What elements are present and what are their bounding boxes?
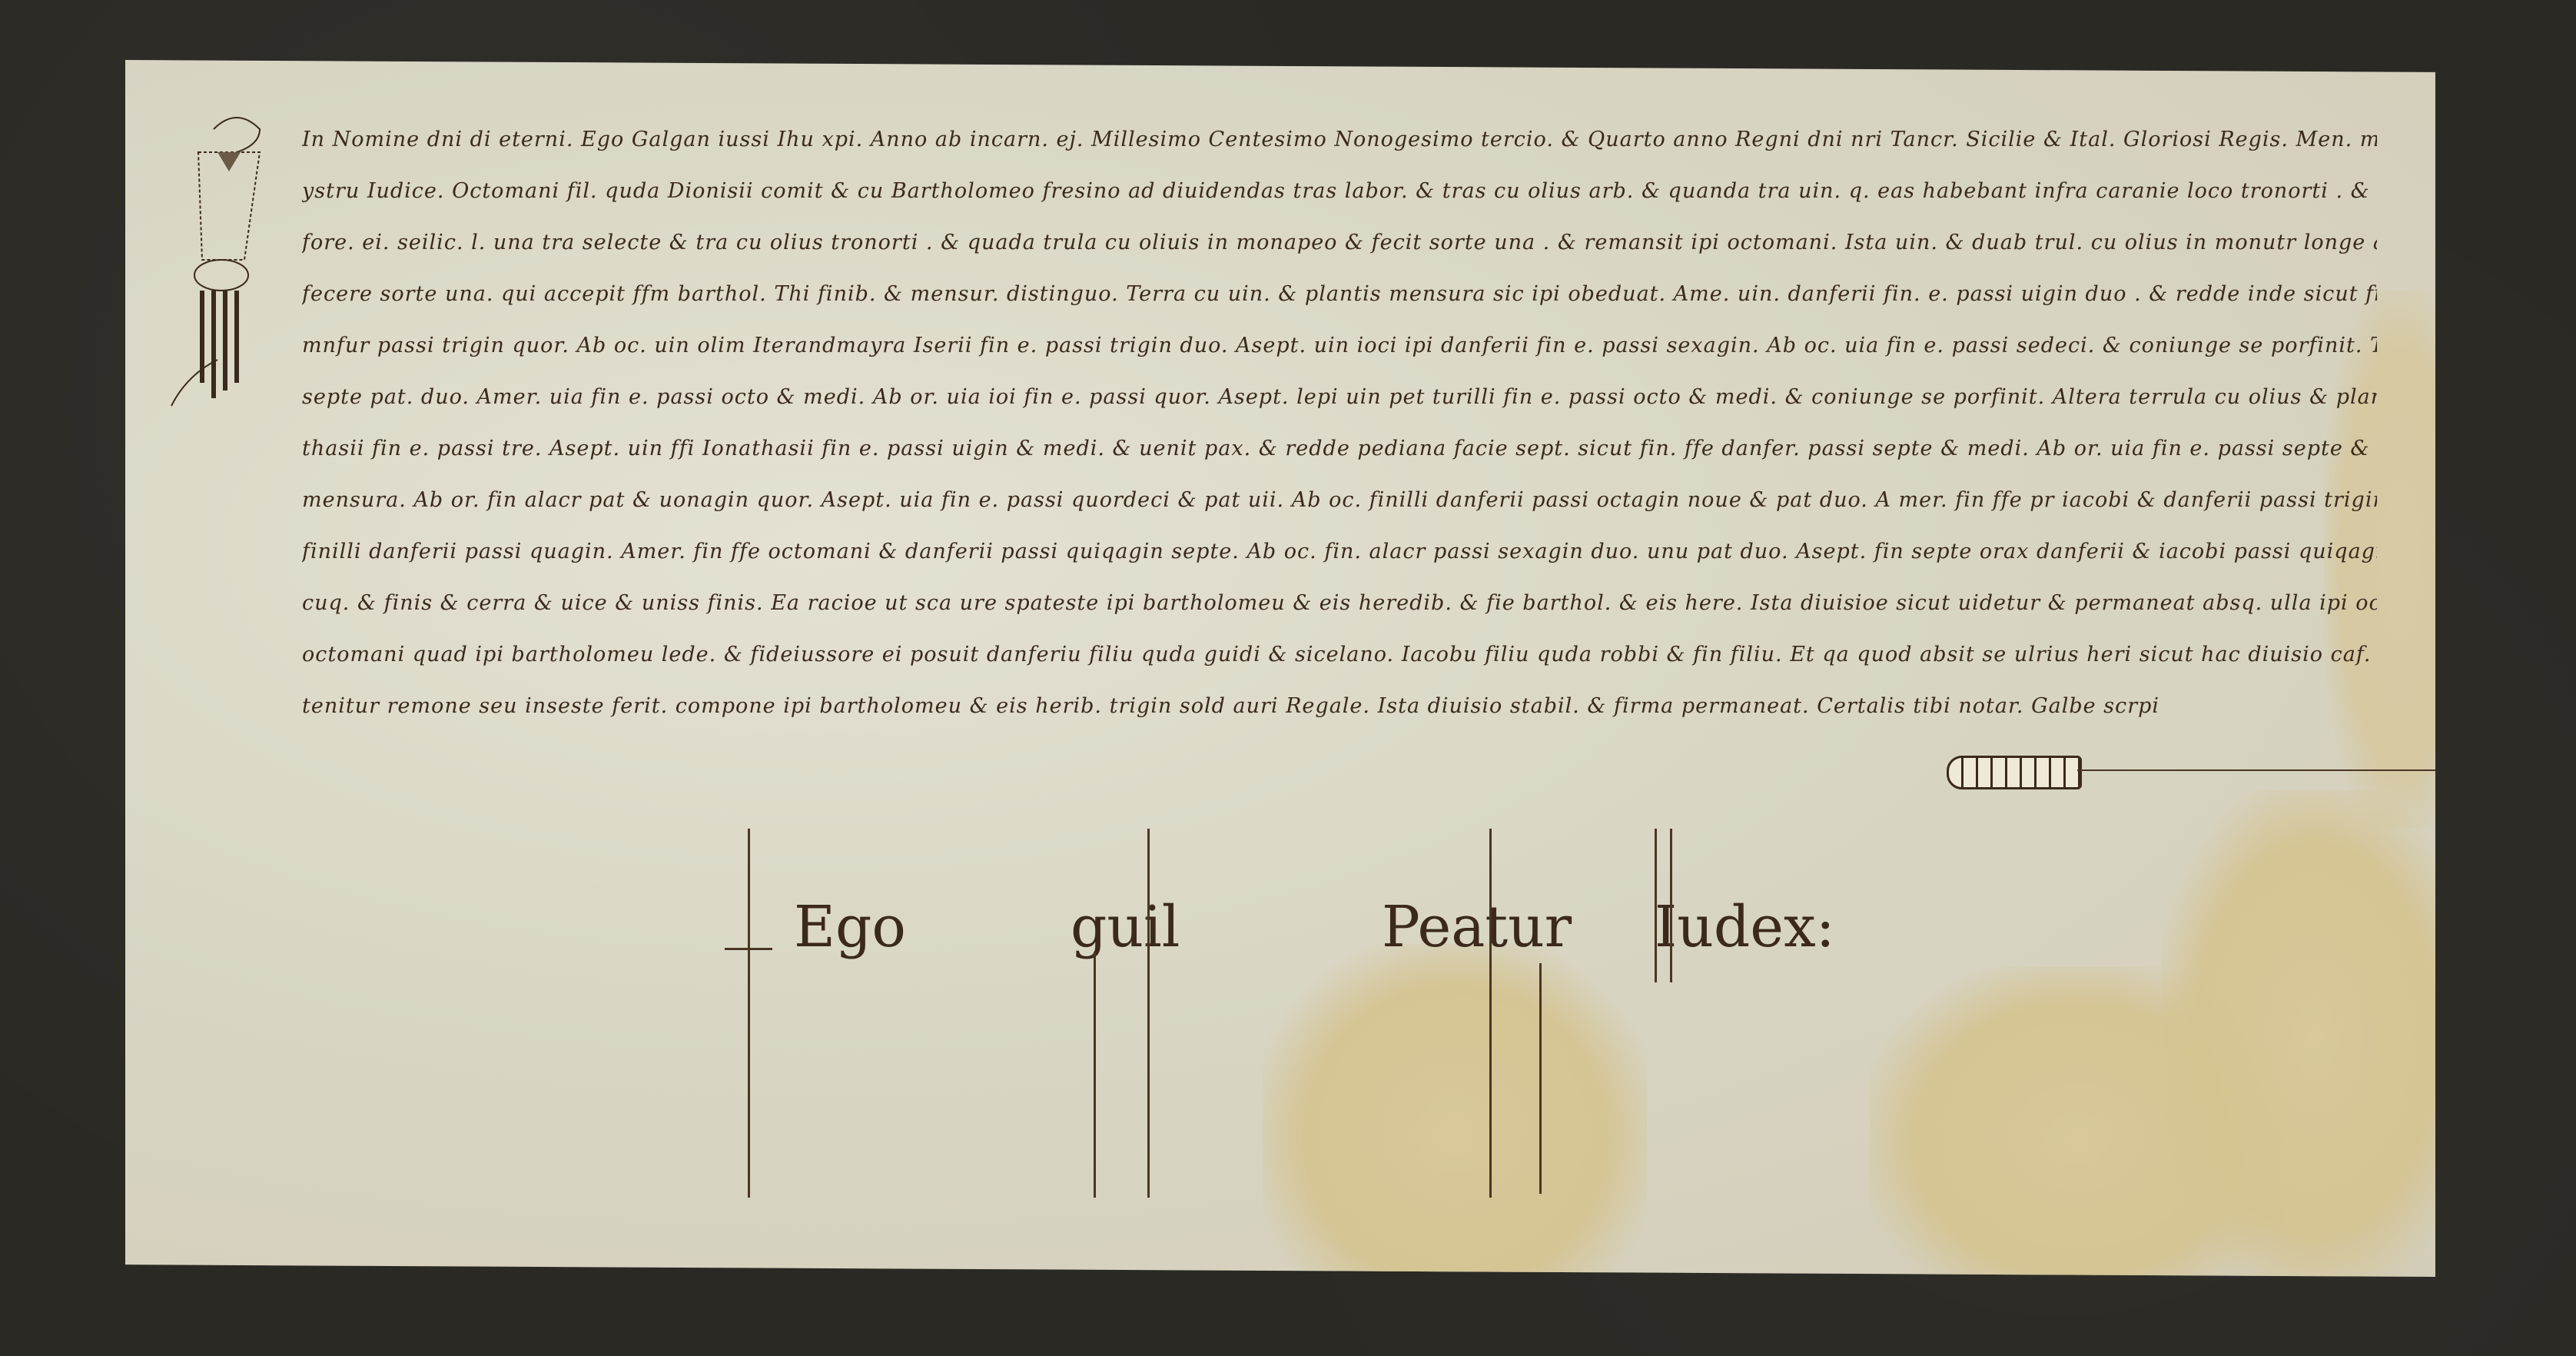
decorated-initial-icon [168,106,298,414]
ascender-stroke [1489,829,1492,1198]
signature-iudex: Iudex: [1655,894,1835,960]
ascender-stroke [1147,829,1150,1198]
ascender-stroke [1670,829,1672,982]
text-line: cuq. & finis & cerra & uice & uniss fini… [302,577,2377,629]
ascender-stroke [1655,829,1657,982]
parchment-charter: In Nomine dni di eterni. Ego Galgan iuss… [125,60,2435,1277]
text-line: finilli danferii passi quagin. Amer. fin… [302,526,2377,577]
notarial-flourish [1947,756,2082,789]
text-line: mnfur passi trigin quor. Ab oc. uin olim… [302,320,2377,371]
signature-peatur: Peatur [1382,894,1572,960]
text-line: mensura. Ab or. fin alacr pat & uonagin … [302,474,2377,526]
signature-guil: guil [1071,894,1180,960]
text-line: thasii fin e. passi tre. Asept. uin ffi … [302,423,2377,474]
text-line: octomani quad ipi bartholomeu lede. & fi… [302,629,2377,680]
cross-bar [725,948,772,950]
signature-block: Ego guil Peatur Iudex: [709,829,2016,1213]
signature-ego: Ego [794,894,906,960]
charter-text: In Nomine dni di eterni. Ego Galgan iuss… [302,114,2377,732]
text-line: septe pat. duo. Amer. uia fin e. passi o… [302,371,2377,423]
ascender-stroke [1094,952,1096,1198]
text-line: In Nomine dni di eterni. Ego Galgan iuss… [302,114,2377,165]
water-stain [2162,790,2469,1290]
text-line: fore. ei. seilic. l. una tra selecte & t… [302,217,2377,268]
notarial-line [2077,769,2477,771]
text-line: fecere sorte una. qui accepit ffm bartho… [302,268,2377,320]
text-line: ystru Iudice. Octomani fil. quda Dionisi… [302,165,2377,217]
ascender-stroke [1539,963,1542,1194]
cross-stroke [748,829,750,1198]
text-line: tenitur remone seu inseste ferit. compon… [302,680,2377,732]
